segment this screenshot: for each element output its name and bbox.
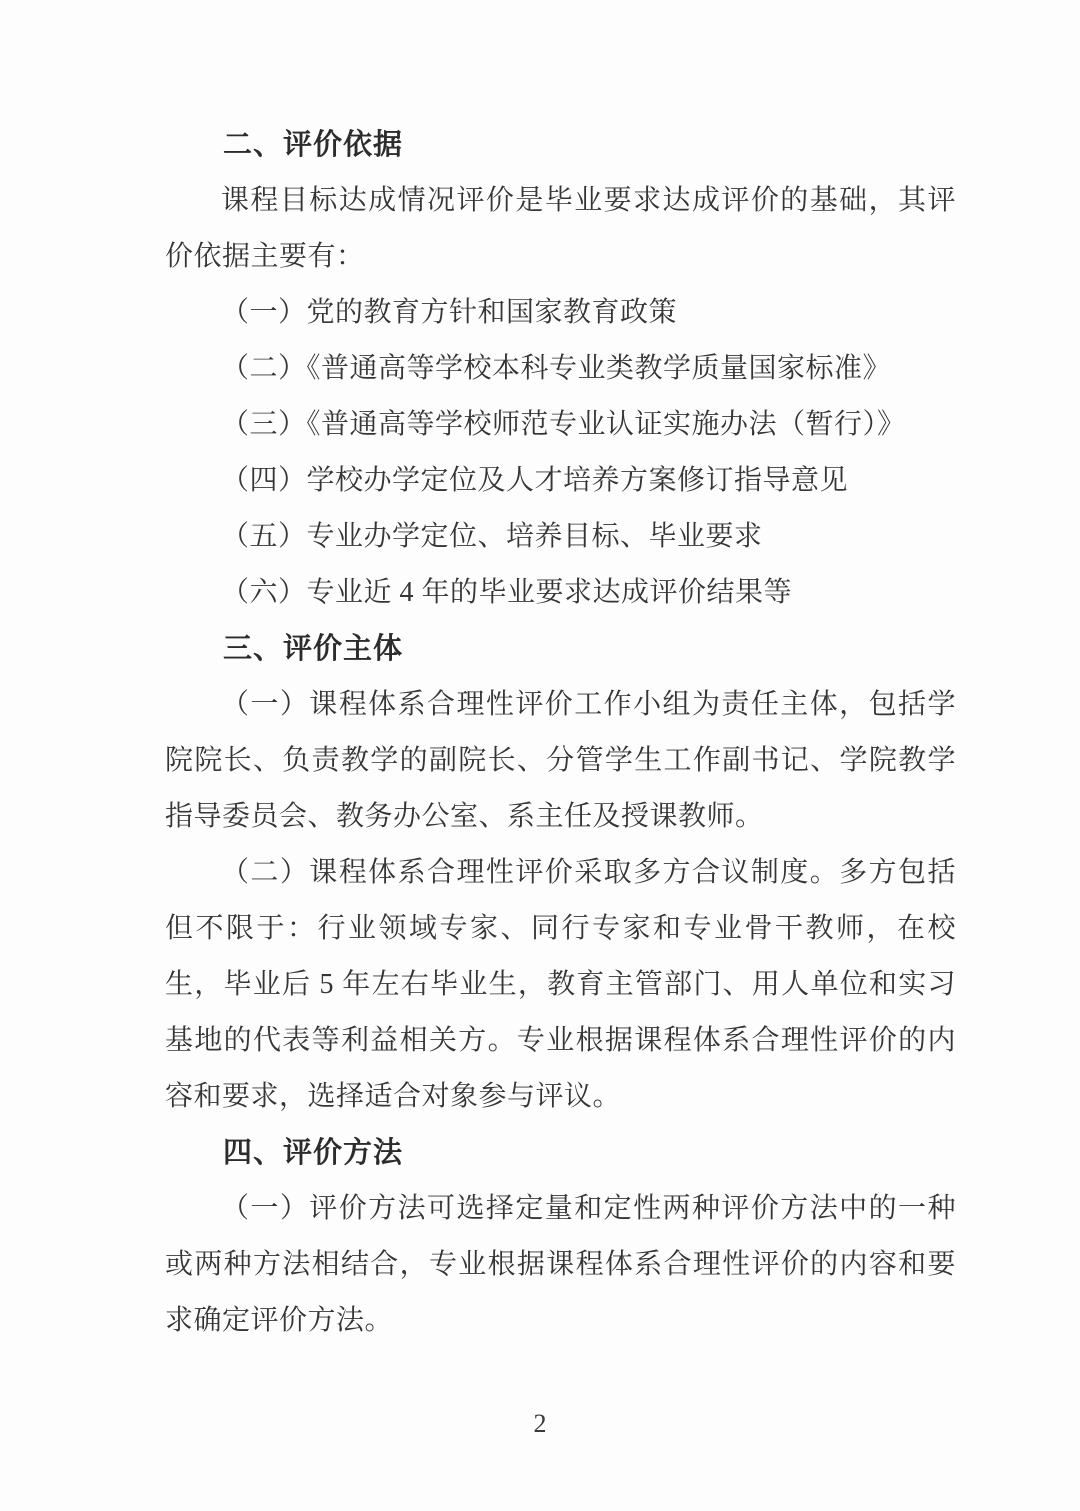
section-heading-subject: 三、评价主体 [165,621,956,677]
basis-item-6: （六）专业近 4 年的毕业要求达成评价结果等 [165,565,956,621]
subject-paragraph-2: （二）课程体系合理性评价采取多方合议制度。多方包括但不限于：行业领域专家、同行专… [165,845,956,1125]
basis-intro-paragraph: 课程目标达成情况评价是毕业要求达成评价的基础，其评价依据主要有： [165,173,956,285]
subject-paragraph-1: （一）课程体系合理性评价工作小组为责任主体，包括学院院长、负责教学的副院长、分管… [165,677,956,845]
basis-item-3: （三）《普通高等学校师范专业认证实施办法（暂行）》 [165,397,956,453]
page-number: 2 [0,1409,1080,1439]
section-heading-basis: 二、评价依据 [165,117,956,173]
basis-item-4: （四）学校办学定位及人才培养方案修订指导意见 [165,453,956,509]
method-paragraph-1: （一）评价方法可选择定量和定性两种评价方法中的一种或两种方法相结合，专业根据课程… [165,1181,956,1349]
section-heading-method: 四、评价方法 [165,1125,956,1181]
basis-item-5: （五）专业办学定位、培养目标、毕业要求 [165,509,956,565]
document-page: 二、评价依据 课程目标达成情况评价是毕业要求达成评价的基础，其评价依据主要有： … [0,0,1080,1511]
basis-item-1: （一）党的教育方针和国家教育政策 [165,285,956,341]
basis-item-2: （二）《普通高等学校本科专业类教学质量国家标准》 [165,341,956,397]
